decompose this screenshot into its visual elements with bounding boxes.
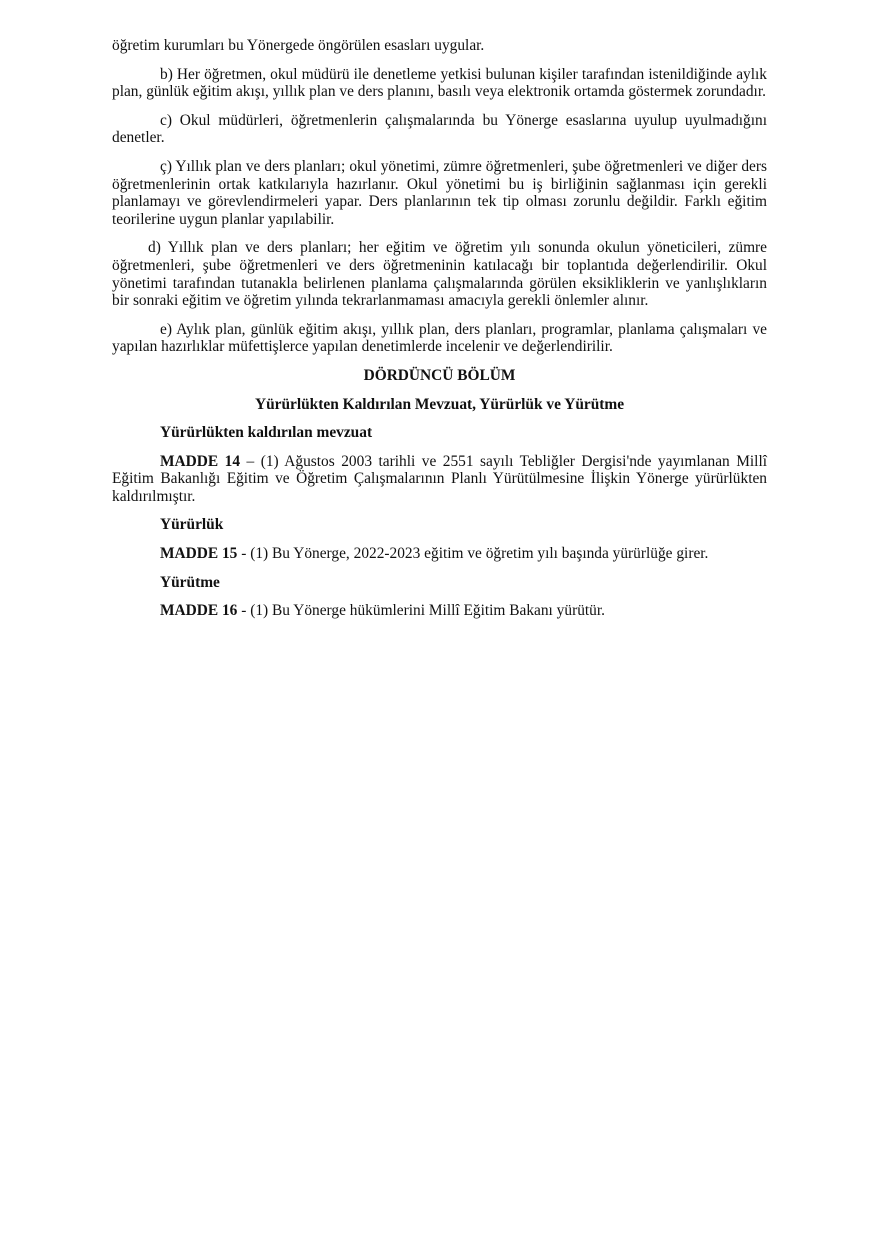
- article-16-text: - (1) Bu Yönerge hükümlerini Millî Eğiti…: [237, 602, 605, 619]
- section-subtitle: Yürürlükten Kaldırılan Mevzuat, Yürürlük…: [112, 396, 767, 414]
- paragraph-e: e) Aylık plan, günlük eğitim akışı, yıll…: [112, 321, 767, 356]
- article-16-heading: Yürütme: [112, 574, 767, 592]
- paragraph-cc: ç) Yıllık plan ve ders planları; okul yö…: [112, 158, 767, 228]
- article-15-text: - (1) Bu Yönerge, 2022-2023 eğitim ve öğ…: [237, 545, 708, 562]
- article-16-label: MADDE 16: [160, 602, 237, 619]
- paragraph-c: c) Okul müdürleri, öğretmenlerin çalışma…: [112, 112, 767, 147]
- paragraph-d: d) Yıllık plan ve ders planları; her eği…: [112, 239, 767, 309]
- document-page: öğretim kurumları bu Yönergede öngörülen…: [112, 37, 767, 620]
- paragraph-b: b) Her öğretmen, okul müdürü ile denetle…: [112, 66, 767, 101]
- article-16-body: MADDE 16 - (1) Bu Yönerge hükümlerini Mi…: [112, 602, 767, 620]
- article-14-heading: Yürürlükten kaldırılan mevzuat: [112, 424, 767, 442]
- article-14-body: MADDE 14 – (1) Ağustos 2003 tarihli ve 2…: [112, 453, 767, 506]
- article-15-label: MADDE 15: [160, 545, 237, 562]
- article-15-heading: Yürürlük: [112, 516, 767, 534]
- article-15-body: MADDE 15 - (1) Bu Yönerge, 2022-2023 eği…: [112, 545, 767, 563]
- article-14-label: MADDE 14: [160, 453, 240, 470]
- paragraph-continuation: öğretim kurumları bu Yönergede öngörülen…: [112, 37, 767, 55]
- section-title: DÖRDÜNCÜ BÖLÜM: [112, 367, 767, 385]
